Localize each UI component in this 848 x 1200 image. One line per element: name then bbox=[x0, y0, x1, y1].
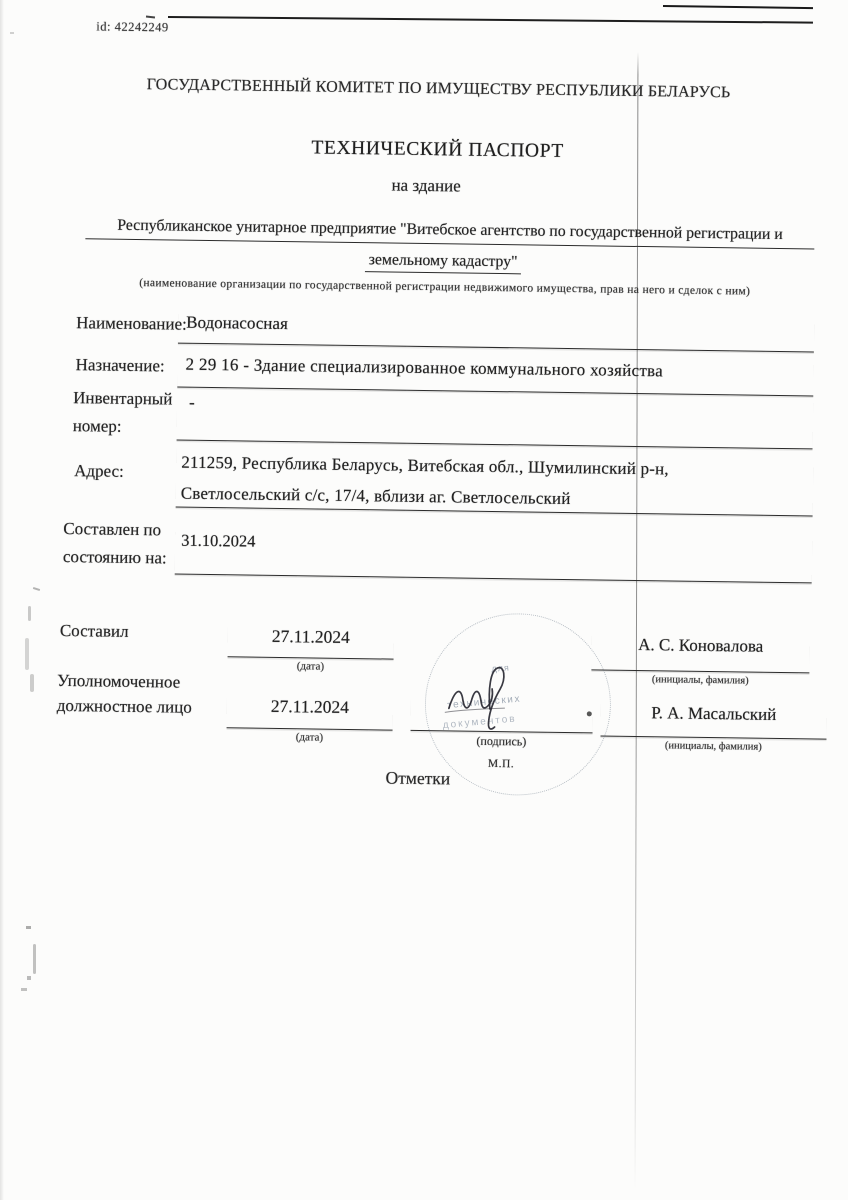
organization-name-line2: земельному кадастру" bbox=[19, 246, 848, 279]
document-content: id: 42242249 ГОСУДАРСТВЕННЫЙ КОМИТЕТ ПО … bbox=[0, 0, 848, 1200]
ink-dot-artifact bbox=[587, 711, 592, 716]
official-name-caption: (инициалы, фамилия) bbox=[600, 740, 826, 754]
scan-id: id: 42242249 bbox=[96, 19, 169, 35]
field-label-inventory-line2: номер: bbox=[73, 416, 122, 437]
signature-scribble bbox=[442, 662, 543, 737]
field-label-asof-line2: состоянию на: bbox=[63, 547, 167, 568]
field-value-purpose: 2 29 16 - Здание специализированное комм… bbox=[177, 355, 813, 397]
official-label-line2: должностное лицо bbox=[57, 696, 192, 718]
document-subtitle: на здание bbox=[2, 170, 848, 202]
official-label-line1: Уполномоченное bbox=[57, 671, 180, 693]
compiled-name-caption: (инициалы, фамилия) bbox=[591, 673, 809, 687]
compiled-name: А. С. Коновалова bbox=[591, 634, 809, 673]
field-label-inventory-line1: Инвентарный bbox=[73, 388, 173, 409]
official-date: 27.11.2024 bbox=[227, 695, 393, 730]
field-label-purpose: Назначение: bbox=[75, 355, 164, 376]
compiled-by-label: Составил bbox=[60, 621, 129, 642]
field-label-address: Адрес: bbox=[74, 461, 124, 482]
compiled-date-caption: (дата) bbox=[227, 659, 393, 673]
field-value-address: 211259, Республика Беларусь, Витебская о… bbox=[176, 447, 814, 517]
field-value-inventory: - bbox=[177, 393, 814, 450]
organization-name-line1: Республиканское унитарное предприятие "В… bbox=[85, 216, 814, 249]
official-date-caption: (дата) bbox=[226, 730, 392, 744]
scanned-document-page: id: 42242249 ГОСУДАРСТВЕННЫЙ КОМИТЕТ ПО … bbox=[0, 0, 848, 1200]
field-value-name: Водонасосная bbox=[178, 313, 814, 353]
committee-heading: ГОСУДАРСТВЕННЫЙ КОМИТЕТ ПО ИМУЩЕСТВУ РЕС… bbox=[28, 74, 848, 103]
document-title: ТЕХНИЧЕСКИЙ ПАСПОРТ bbox=[28, 133, 848, 166]
organization-caption: (наименование организации по государстве… bbox=[31, 276, 848, 300]
field-value-asof: 31.10.2024 bbox=[175, 531, 813, 584]
compiled-date: 27.11.2024 bbox=[228, 625, 394, 659]
field-label-name: Наименование: bbox=[76, 313, 187, 335]
organization-name-line2-text: земельному кадастру" bbox=[364, 251, 521, 274]
official-name: Р. А. Масальский bbox=[600, 703, 826, 740]
field-label-asof-line1: Составлен по bbox=[63, 519, 161, 540]
